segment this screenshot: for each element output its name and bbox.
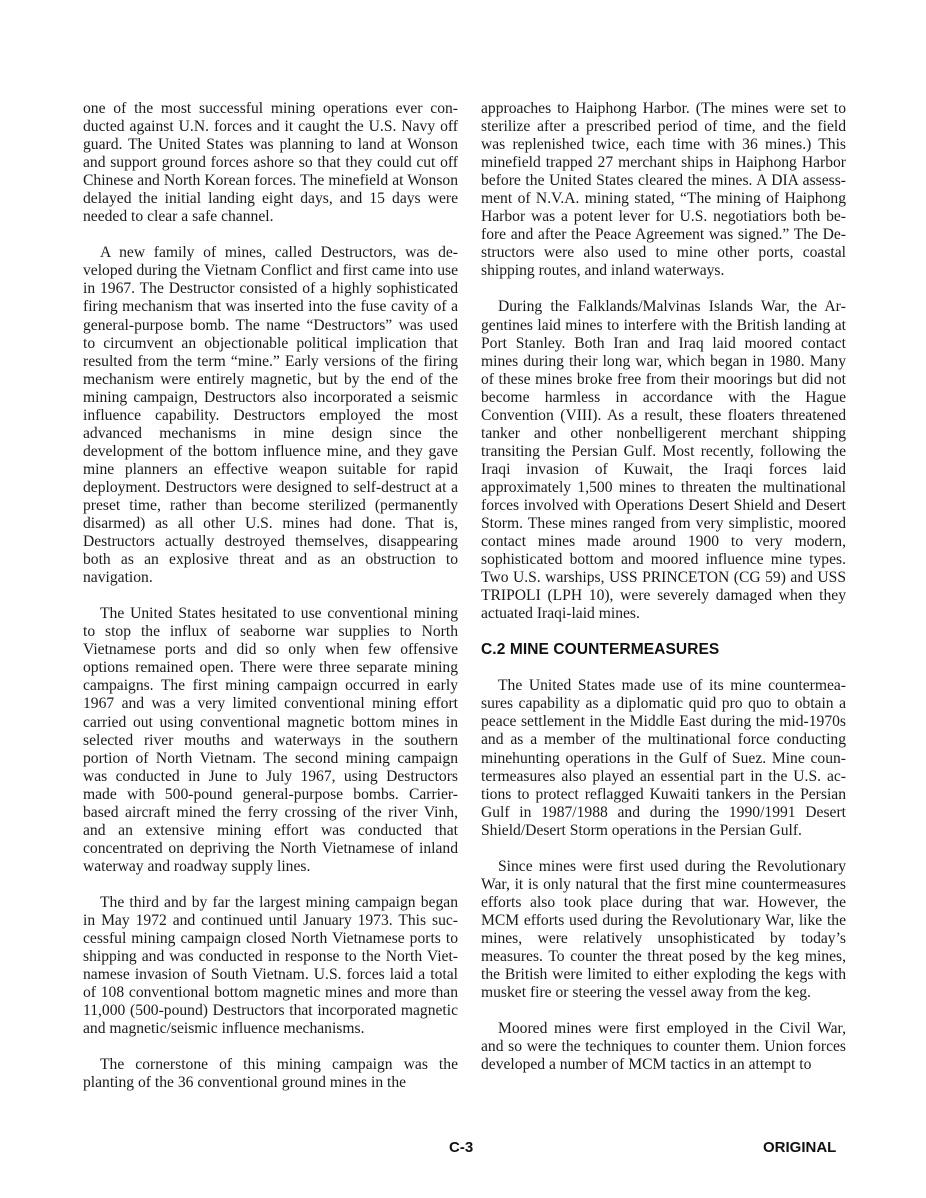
left-column: one of the most successful mining operat… [83, 100, 458, 1110]
section-heading-mine-countermeasures: C.2 MINE COUNTERMEASURES [481, 641, 846, 659]
paragraph-cornerstone: The cornerstone of this mining campaign … [83, 1056, 458, 1092]
paragraph-continued-wonson: one of the most successful mining operat… [83, 100, 458, 226]
paragraph-destructors: A new family of mines, called Destructor… [83, 244, 458, 587]
paragraph-third-campaign: The third and by far the largest mining … [83, 894, 458, 1038]
paragraph-haiphong: approaches to Haiphong Harbor. (The mine… [481, 100, 846, 280]
document-status-label: ORIGINAL [763, 1139, 836, 1156]
paragraph-us-mcm-diplomacy: The United States made use of its mine c… [481, 677, 846, 839]
right-column: approaches to Haiphong Harbor. (The mine… [481, 100, 846, 1092]
document-page: one of the most successful mining operat… [0, 0, 926, 1198]
page-number: C-3 [449, 1139, 473, 1156]
paragraph-vietnam-campaigns: The United States hesitated to use conve… [83, 605, 458, 876]
paragraph-civil-war: Moored mines were first employed in the … [481, 1020, 846, 1074]
paragraph-revolutionary-war: Since mines were first used during the R… [481, 858, 846, 1002]
paragraph-falklands-gulf: During the Falklands/Malvinas Islands Wa… [481, 298, 846, 623]
